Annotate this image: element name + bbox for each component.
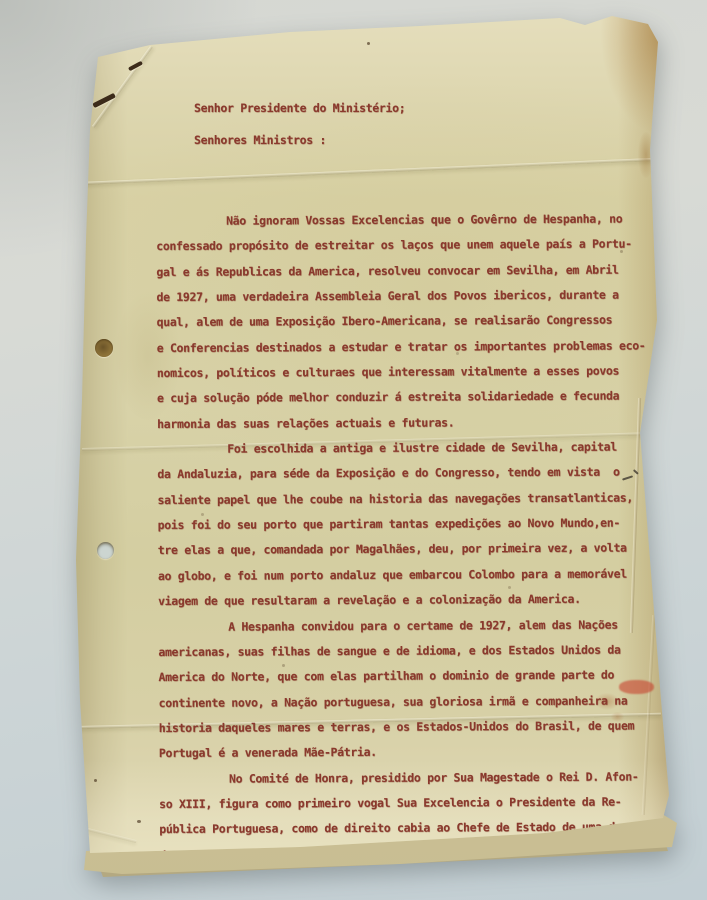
text-line: so XIII, figura como primeiro vogal Sua … [159,789,648,817]
text-line: A Hespanha convidou para o certame de 19… [158,612,647,640]
text-line: Não ignoram Vossas Excelencias que o Gov… [156,206,645,234]
browned-top-right-corner [598,8,670,138]
fold-crease-top [80,158,658,185]
paragraph-3: A Hespanha convidou para o certame de 19… [158,612,647,767]
text-line: americanas, suas filhas de sangue e de i… [158,637,647,665]
text-line: de 1927, uma verdadeira Assembleia Geral… [156,282,645,310]
text-line: historia daqueles mares e terras, e os E… [159,713,648,741]
text-line: qual, alem de uma Exposição Ibero-Americ… [157,308,646,336]
document-photograph: Senhor Presidente do Ministério; Senhore… [0,0,707,900]
text-line: America do Norte, que com elas partilham… [158,663,647,691]
text-line: harmonia das suas relações actuais e fut… [157,409,646,437]
text-line: da Andaluzia, para séde da Exposição e d… [157,460,646,488]
paragraph-2: Foi escolhida a antiga e ilustre cidade … [157,435,647,615]
text-line: gal e ás Republicas da America, resolveu… [156,257,645,285]
text-line: Portugal é a venerada Mãe-Pátria. [159,739,648,767]
salutation-line: Senhor Presidente do Ministério; [194,92,405,124]
text-line: Foi escolhida a antiga e ilustre cidade … [157,435,646,463]
paper-sheet: Senhor Presidente do Ministério; Senhore… [0,0,707,900]
text-line: tre elas a que, comandada por Magalhães,… [158,536,647,564]
text-line: continente novo, a Nação portuguesa, sua… [159,688,648,716]
punch-hole-top [95,339,113,357]
letter-body: Não ignoram Vossas Excelencias que o Gov… [156,206,648,867]
text-line: ao globo, e foi num porto andaluz que em… [158,561,647,589]
text-line: e Conferencias destinados a estudar e tr… [157,333,646,361]
text-line: e cuja solução póde melhor conduzir á es… [157,384,646,412]
top-fold-band [87,0,666,42]
paper-speck [367,42,370,45]
punch-hole-bottom [97,542,114,559]
paper-speck [137,820,141,823]
text-line: confessado propósito de estreitar os laç… [156,232,645,260]
paragraph-1: Não ignoram Vossas Excelencias que o Gov… [156,206,646,437]
salutation: Senhor Presidente do Ministério; Senhore… [194,92,405,156]
text-line: pois foi do seu porto que partiram tanta… [158,511,647,539]
text-line: saliente papel que lhe coube na historia… [157,485,646,513]
text-line: nomicos, políticos e culturaes que inter… [157,359,646,387]
paper-stack: Senhor Presidente do Ministério; Senhore… [0,0,707,900]
paper-speck [94,779,97,782]
text-line: viagem de que resultaram a revelação e a… [158,587,647,615]
salutation-line: Senhores Ministros : [194,124,405,156]
edge-stain [638,132,654,178]
text-line: No Comité de Honra, presidido por Sua Ma… [159,764,648,792]
